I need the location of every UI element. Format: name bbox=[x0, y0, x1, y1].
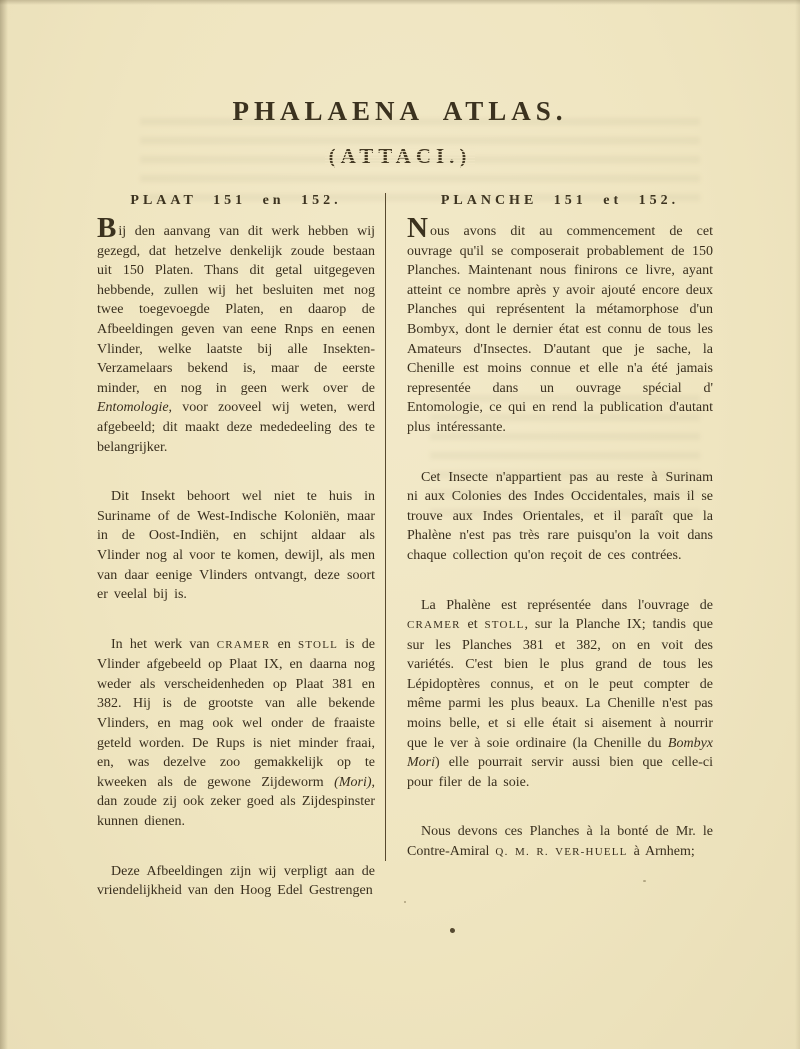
text-segment-italic: Entomologie bbox=[97, 400, 169, 415]
page-subtitle-row: (ATTACI.) bbox=[0, 144, 800, 169]
dutch-column: PLAAT 151 en 152. Bij den aanvang van di… bbox=[97, 193, 375, 901]
text-segment-smallcaps: Q. M. R. VER-HUELL bbox=[495, 846, 627, 858]
french-paragraph-2: Cet Insecte n'appartient pas au reste à … bbox=[407, 468, 713, 566]
french-column: PLANCHE 151 et 152. Nous avons dit au co… bbox=[407, 193, 713, 863]
text-segment: La Phalène est représentée dans l'ouvrag… bbox=[421, 598, 713, 613]
column-divider-rule bbox=[385, 193, 386, 861]
text-segment: In het werk van bbox=[111, 637, 217, 652]
text-segment-smallcaps: CRAMER bbox=[217, 639, 271, 651]
french-paragraph-1: Nous avons dit au commencement de cet ou… bbox=[407, 222, 713, 438]
text-segment: à Arnhem; bbox=[628, 844, 695, 859]
text-segment: ij den aanvang van dit werk hebben wij g… bbox=[97, 224, 375, 396]
french-paragraph-4: Nous devons ces Planches à la bonté de M… bbox=[407, 822, 713, 862]
text-segment: ) elle pourrait servir aussi bien que ce… bbox=[407, 755, 713, 790]
text-segment: et bbox=[461, 617, 485, 632]
dutch-paragraph-2: Dit Insekt behoort wel niet te huis in S… bbox=[97, 487, 375, 605]
french-column-header: PLANCHE 151 et 152. bbox=[407, 193, 713, 209]
text-segment-smallcaps: STOLL bbox=[298, 639, 338, 651]
text-segment: Dit Insekt behoort wel niet te huis in S… bbox=[97, 489, 375, 602]
ink-speck bbox=[450, 928, 455, 933]
text-segment: Deze Afbeeldingen zijn wij verpligt aan … bbox=[97, 864, 375, 899]
two-column-text: PLAAT 151 en 152. Bij den aanvang van di… bbox=[0, 193, 800, 901]
dutch-paragraph-4: Deze Afbeeldingen zijn wij verpligt aan … bbox=[97, 862, 375, 901]
dutch-paragraph-3: In het werk van CRAMER en STOLL is de Vl… bbox=[97, 635, 375, 832]
page-subtitle: (ATTACI.) bbox=[329, 144, 472, 169]
dutch-column-header: PLAAT 151 en 152. bbox=[97, 193, 375, 209]
page-title: PHALAENA ATLAS. bbox=[0, 0, 800, 127]
text-segment: ous avons dit au commencement de cet ouv… bbox=[407, 224, 713, 435]
text-segment-smallcaps: STOLL bbox=[484, 619, 524, 631]
paper-blemish bbox=[643, 880, 646, 882]
text-segment: en bbox=[270, 637, 298, 652]
french-paragraph-3: La Phalène est représentée dans l'ouvrag… bbox=[407, 596, 713, 793]
text-segment-italic: (Mori) bbox=[334, 775, 371, 790]
scanned-book-page: PHALAENA ATLAS. (ATTACI.) PLAAT 151 en 1… bbox=[0, 0, 800, 1049]
drop-cap-b: B bbox=[97, 212, 117, 244]
paper-blemish bbox=[404, 901, 406, 903]
text-segment-smallcaps: CRAMER bbox=[407, 619, 461, 631]
drop-cap-n: N bbox=[407, 212, 429, 244]
dutch-paragraph-1: Bij den aanvang van dit werk hebben wij … bbox=[97, 222, 375, 457]
text-segment: Cet Insecte n'appartient pas au reste à … bbox=[407, 470, 713, 563]
text-segment: is de Vlinder afgebeeld op Plaat IX, en … bbox=[97, 637, 375, 790]
text-segment: , sur la Planche IX; tandis que sur les … bbox=[407, 617, 713, 751]
